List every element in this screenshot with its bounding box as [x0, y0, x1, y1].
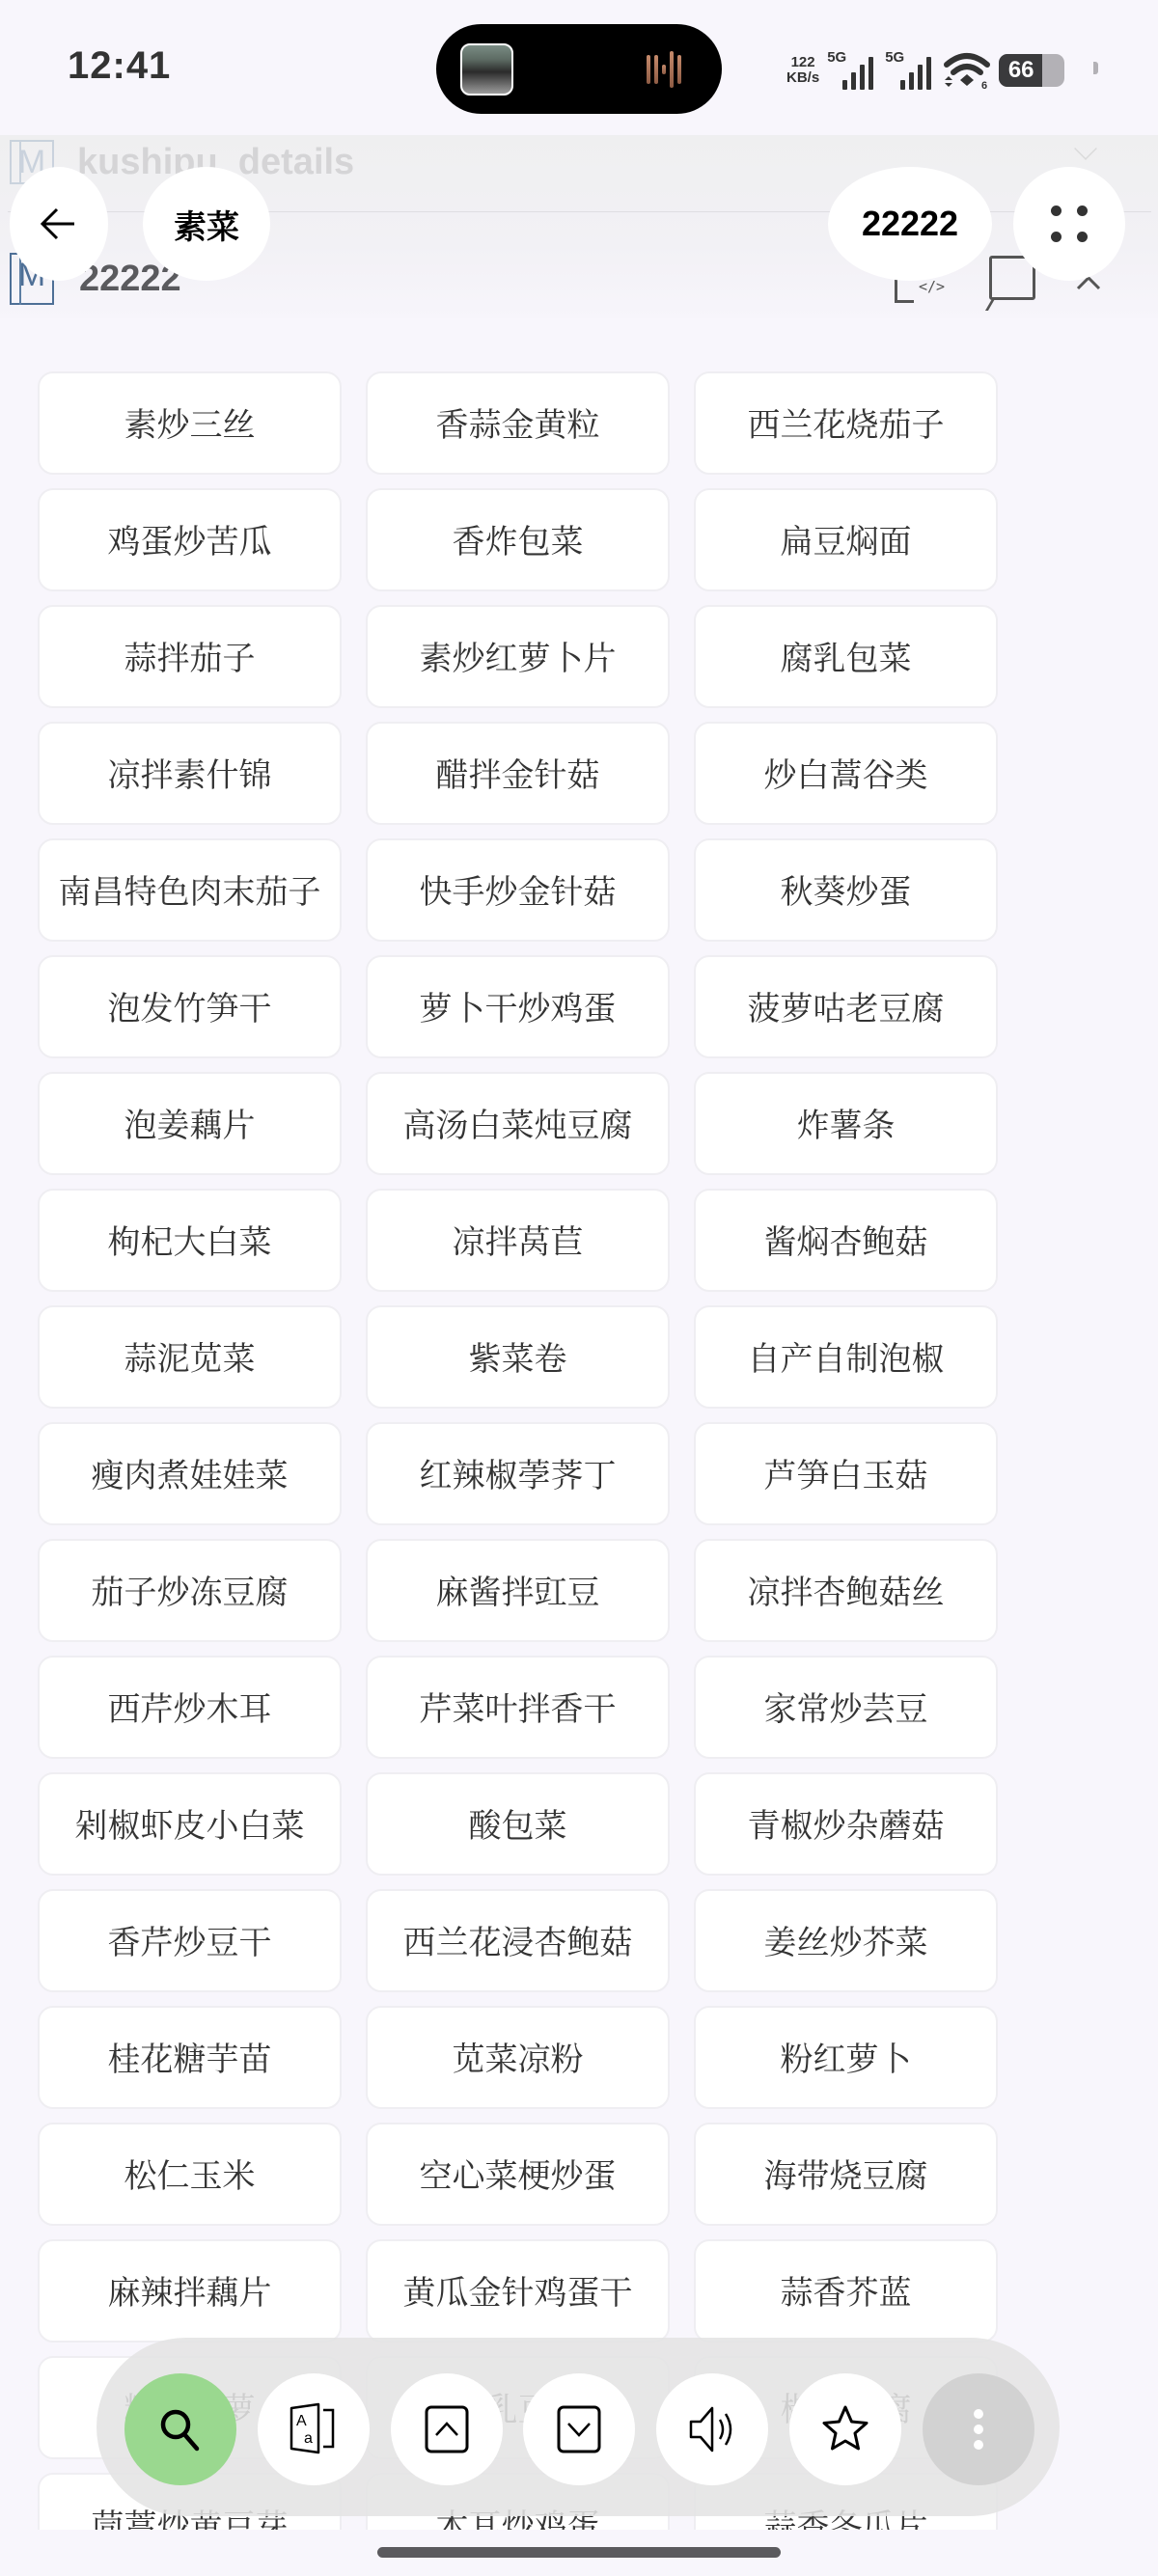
dish-item[interactable]: 红辣椒荸荠丁 [366, 1422, 670, 1525]
dish-item[interactable]: 萝卜干炒鸡蛋 [366, 955, 670, 1058]
svg-text:A: A [296, 2413, 307, 2429]
search-button[interactable] [124, 2373, 236, 2485]
dish-item[interactable]: 蒜香芥蓝 [694, 2239, 998, 2343]
home-indicator[interactable] [377, 2547, 781, 2558]
dish-item[interactable]: 炸薯条 [694, 1072, 998, 1175]
page-down-button[interactable] [523, 2373, 635, 2485]
dish-item[interactable]: 茄子炒冻豆腐 [38, 1539, 342, 1642]
dish-item[interactable]: 黄瓜金针鸡蛋干 [366, 2239, 670, 2343]
page-up-button[interactable] [391, 2373, 503, 2485]
battery-tip [1093, 62, 1098, 74]
dish-item[interactable]: 西芹炒木耳 [38, 1656, 342, 1759]
favorite-button[interactable] [789, 2373, 901, 2485]
category-button[interactable]: 素菜 [143, 167, 270, 281]
search-icon [155, 2404, 206, 2454]
svg-text:a: a [304, 2430, 313, 2447]
dish-item[interactable]: 自产自制泡椒 [694, 1305, 998, 1409]
dish-item[interactable]: 麻酱拌豇豆 [366, 1539, 670, 1642]
count-button[interactable]: 22222 [828, 167, 992, 281]
dish-item[interactable]: 高汤白菜炖豆腐 [366, 1072, 670, 1175]
dish-item[interactable]: 素炒红萝卜片 [366, 605, 670, 708]
dish-item[interactable]: 鸡蛋炒苦瓜 [38, 488, 342, 591]
dish-item[interactable]: 瘦肉煮娃娃菜 [38, 1422, 342, 1525]
svg-text:6: 6 [981, 80, 987, 90]
network-speed-unit: KB/s [786, 70, 819, 86]
dish-item[interactable]: 西兰花浸杏鲍菇 [366, 1889, 670, 1992]
dish-item[interactable]: 蒜泥苋菜 [38, 1305, 342, 1409]
dish-item[interactable]: 西兰花烧茄子 [694, 371, 998, 475]
page-down-icon [554, 2404, 604, 2454]
wifi-icon: 6 [943, 51, 991, 90]
now-playing-artwork [460, 43, 513, 96]
dish-item[interactable]: 蒜拌茄子 [38, 605, 342, 708]
dish-item[interactable]: 醋拌金针菇 [366, 722, 670, 825]
network-speed-value: 122 [786, 55, 819, 70]
dish-item[interactable]: 香蒜金黄粒 [366, 371, 670, 475]
dish-item[interactable]: 姜丝炒芥菜 [694, 1889, 998, 1992]
dish-item[interactable]: 芹菜叶拌香干 [366, 1656, 670, 1759]
dish-item[interactable]: 凉拌素什锦 [38, 722, 342, 825]
dish-item[interactable]: 炒白蒿谷类 [694, 722, 998, 825]
back-button[interactable] [10, 167, 108, 281]
status-icons: 122 KB/s 5G 5G 6 66 [786, 46, 1064, 95]
dish-item[interactable]: 酱焖杏鲍菇 [694, 1189, 998, 1292]
dish-item[interactable]: 芦笋白玉菇 [694, 1422, 998, 1525]
four-dots-icon [1051, 206, 1088, 242]
arrow-left-icon [40, 206, 78, 241]
clock: 12:41 [68, 44, 171, 88]
more-button[interactable] [923, 2373, 1034, 2485]
dish-item[interactable]: 粉红萝卜 [694, 2006, 998, 2109]
dish-item[interactable]: 南昌特色肉末茄子 [38, 838, 342, 942]
status-bar: 12:41 122 KB/s 5G 5G 6 66 [0, 0, 1158, 135]
dish-item[interactable]: 腐乳包菜 [694, 605, 998, 708]
dish-item[interactable]: 枸杞大白菜 [38, 1189, 342, 1292]
star-icon [818, 2402, 872, 2456]
dish-item[interactable]: 扁豆焖面 [694, 488, 998, 591]
dish-item[interactable]: 秋葵炒蛋 [694, 838, 998, 942]
dish-item[interactable]: 凉拌莴苣 [366, 1189, 670, 1292]
dish-item[interactable]: 凉拌杏鲍菇丝 [694, 1539, 998, 1642]
dish-grid: 素炒三丝 香蒜金黄粒 西兰花烧茄子 鸡蛋炒苦瓜 香炸包菜 扁豆焖面 蒜拌茄子 素… [38, 371, 998, 2530]
dish-item[interactable]: 海带烧豆腐 [694, 2123, 998, 2226]
signal-sim1-icon: 5G [827, 51, 877, 90]
translate-icon: A a [287, 2402, 341, 2456]
dish-item[interactable]: 快手炒金针菇 [366, 838, 670, 942]
signal-sim2-icon: 5G [885, 51, 935, 90]
read-aloud-button[interactable] [656, 2373, 768, 2485]
dish-item[interactable]: 酸包菜 [366, 1772, 670, 1876]
dish-item[interactable]: 松仁玉米 [38, 2123, 342, 2226]
dish-item[interactable]: 紫菜卷 [366, 1305, 670, 1409]
audio-waveform-icon [647, 51, 695, 88]
dynamic-island[interactable] [436, 24, 722, 114]
page-up-icon [422, 2404, 472, 2454]
menu-button[interactable] [1013, 167, 1125, 281]
translate-button[interactable]: A a [258, 2373, 370, 2485]
dish-item[interactable]: 泡姜藕片 [38, 1072, 342, 1175]
dish-item[interactable]: 剁椒虾皮小白菜 [38, 1772, 342, 1876]
dish-item[interactable]: 香炸包菜 [366, 488, 670, 591]
network-speed: 122 KB/s [786, 55, 819, 86]
dish-item[interactable]: 菠萝咕老豆腐 [694, 955, 998, 1058]
read-aloud-icon [685, 2402, 739, 2456]
dish-item[interactable]: 空心菜梗炒蛋 [366, 2123, 670, 2226]
dish-item[interactable]: 素炒三丝 [38, 371, 342, 475]
battery-level: 66 [999, 54, 1043, 87]
dish-item[interactable]: 家常炒芸豆 [694, 1656, 998, 1759]
dish-item[interactable]: 桂花糖芋苗 [38, 2006, 342, 2109]
dish-item[interactable]: 香芹炒豆干 [38, 1889, 342, 1992]
dish-item[interactable]: 苋菜凉粉 [366, 2006, 670, 2109]
dish-item[interactable]: 青椒炒杂蘑菇 [694, 1772, 998, 1876]
battery-icon: 66 [999, 54, 1064, 87]
dish-item[interactable]: 泡发竹笋干 [38, 955, 342, 1058]
more-vertical-icon [971, 2404, 986, 2454]
dish-item[interactable]: 麻辣拌藕片 [38, 2239, 342, 2343]
